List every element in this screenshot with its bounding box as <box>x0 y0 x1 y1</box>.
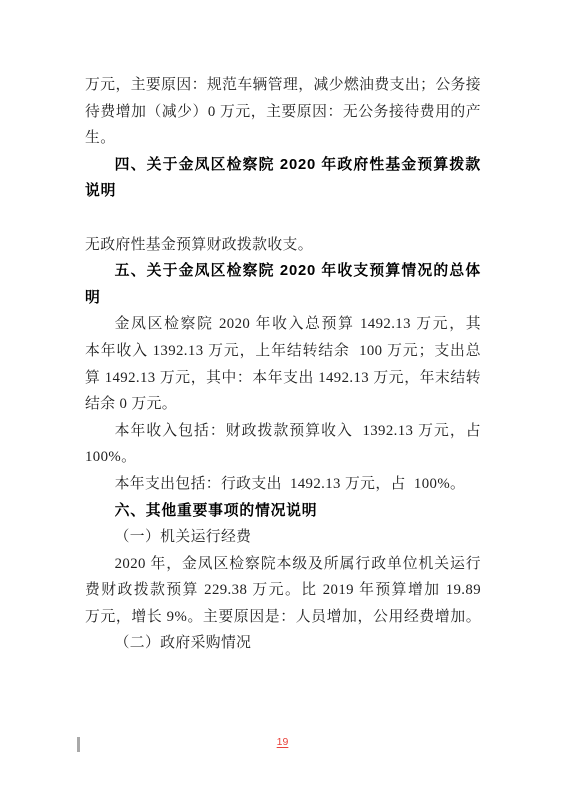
paragraph-annual-income: 本年收入包括：财政拨款预算收入 1392.13 万元，占 100%。 <box>85 418 481 471</box>
body-text-line: 金凤区检察院 2020 年收入总预算 1492.13 万元，其中： <box>85 311 481 338</box>
paragraph-operating-expense: 2020 年，金凤区检察院本级及所属行政单位机关运行经 费财政拨款预算 229.… <box>85 551 481 631</box>
section-5-heading-line-2: 明 <box>85 285 481 312</box>
body-text-line: 万元，主要原因：规范车辆管理，减少燃油费支出；公务接 <box>85 72 481 99</box>
body-text-line: 结余 0 万元。 <box>85 391 481 418</box>
section-4-heading-line-1: 四、关于金凤区检察院 2020 年政府性基金预算拨款情况 <box>85 152 481 179</box>
body-text-line: 待费增加（减少）0 万元，主要原因：无公务接待费用的产 <box>85 99 481 126</box>
section-4-heading: 四、关于金凤区检察院 2020 年政府性基金预算拨款情况 说明 <box>85 152 481 205</box>
paragraph-vehicle-expense: 万元，主要原因：规范车辆管理，减少燃油费支出；公务接 待费增加（减少）0 万元，… <box>85 72 481 152</box>
body-text-line: 费财政拨款预算 229.38 万元。比 2019 年预算增加 19.89 <box>85 577 481 604</box>
body-text-line: 算 1492.13 万元，其中：本年支出 1492.13 万元，年末结转 <box>85 365 481 392</box>
body-text-line: 万元，增长 9%。主要原因是：人员增加，公用经费增加。 <box>85 604 481 631</box>
body-text-line: 本年收入 1392.13 万元，上年结转结余 100 万元；支出总预 <box>85 338 481 365</box>
body-text-line: 本年收入包括：财政拨款预算收入 1392.13 万元，占 <box>85 418 481 445</box>
body-text-line: 本年支出包括：行政支出 1492.13 万元，占 100%。 <box>85 471 481 498</box>
subsection-2-label: （二）政府采购情况 <box>85 630 481 657</box>
body-text-line: 无政府性基金预算财政拨款收支。 <box>85 232 481 259</box>
paragraph-government-fund: 无政府性基金预算财政拨款单位：金凤区检察院 2020 年 无政府性基金预算财政拨… <box>85 205 481 258</box>
document-page: 万元，主要原因：规范车辆管理，减少燃油费支出；公务接 待费增加（减少）0 万元，… <box>0 0 565 800</box>
page-number: 19 <box>0 736 565 748</box>
body-text-line: 2020 年，金凤区检察院本级及所属行政单位机关运行经 <box>85 551 481 578</box>
body-text-line: 无政府性基金预算财政拨款单位：金凤区检察院 2020 年 <box>85 205 481 232</box>
body-text-line: （一）机关运行经费 <box>85 524 481 551</box>
section-5-heading-line-1: 五、关于金凤区检察院 2020 年收支预算情况的总体说 <box>85 258 481 285</box>
paragraph-annual-expenditure: 本年支出包括：行政支出 1492.13 万元，占 100%。 <box>85 471 481 498</box>
section-4-heading-line-2: 说明 <box>85 178 481 205</box>
body-text-line: 100%。 <box>85 444 481 471</box>
paragraph-total-budget: 金凤区检察院 2020 年收入总预算 1492.13 万元，其中： 本年收入 1… <box>85 311 481 417</box>
section-6-heading-line: 六、其他重要事项的情况说明 <box>85 498 481 525</box>
body-text-line: 生。 <box>85 125 481 152</box>
body-text-line: （二）政府采购情况 <box>85 630 481 657</box>
section-6-heading: 六、其他重要事项的情况说明 <box>85 498 481 525</box>
subsection-1-label: （一）机关运行经费 <box>85 524 481 551</box>
section-5-heading: 五、关于金凤区检察院 2020 年收支预算情况的总体说 明 <box>85 258 481 311</box>
document-body: 万元，主要原因：规范车辆管理，减少燃油费支出；公务接 待费增加（减少）0 万元，… <box>85 72 481 657</box>
